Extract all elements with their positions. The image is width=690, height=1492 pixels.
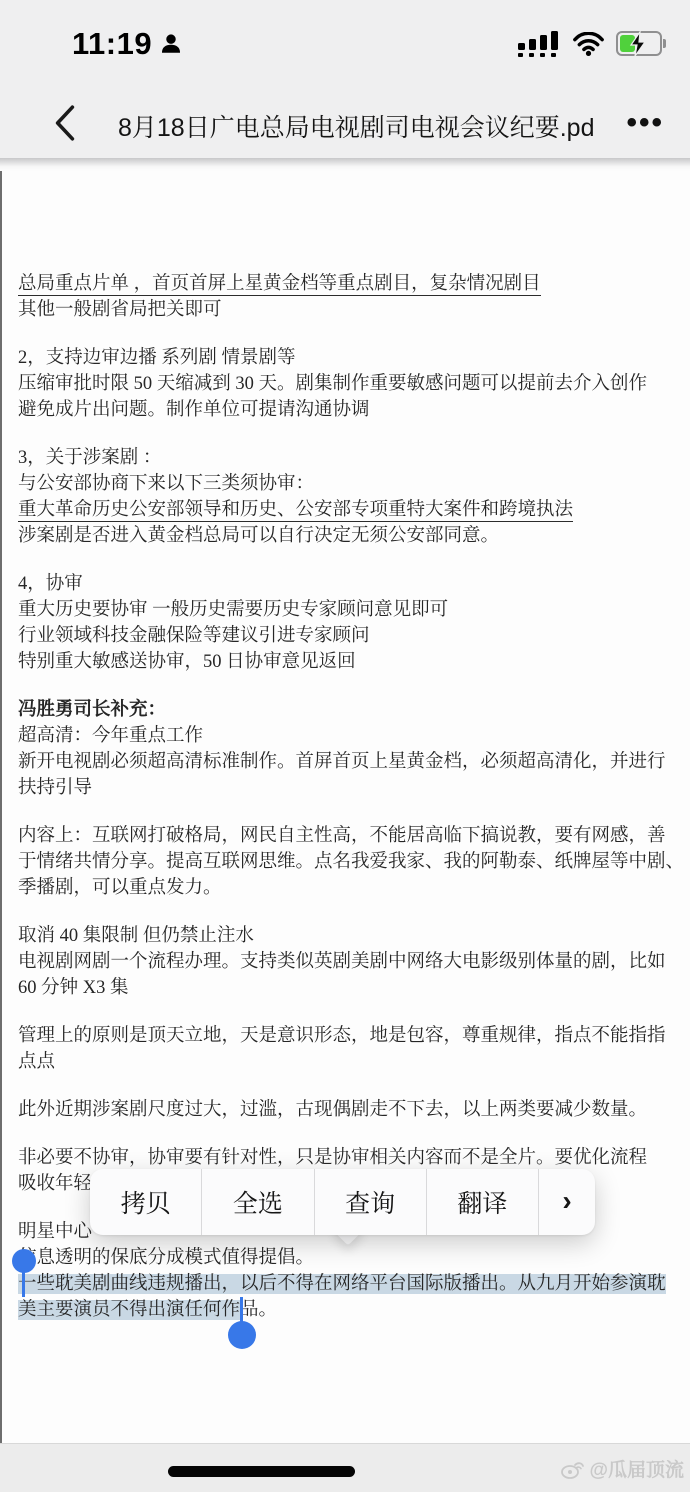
phone-screen: 11:19 <box>0 0 690 1492</box>
page-edge <box>0 171 2 1443</box>
back-button[interactable] <box>52 104 78 142</box>
document-line: 季播剧，可以重点发力。 <box>18 875 674 901</box>
blank-line <box>18 549 674 571</box>
document-line: 压缩审批时限 50 天缩减到 30 天。剧集制作重要敏感问题可以提前去介入创作 <box>18 371 674 397</box>
document-body: 总局重点片单 ，首页首屏上星黄金档等重点剧目，复杂情况剧目其他一般剧省局把关即可… <box>0 171 690 1323</box>
cellular-signal-icon <box>517 30 561 57</box>
document-line: 非必要不协审，协审要有针对性，只是协审相关内容而不是全片。要优化流程 <box>18 1145 674 1171</box>
blank-line <box>18 1123 674 1145</box>
menu-item-copy[interactable]: 拷贝 <box>90 1169 201 1235</box>
document-line: 4，协审 <box>18 571 674 597</box>
watermark: @瓜届顶流 <box>561 1455 684 1482</box>
battery-charging-icon <box>616 31 662 56</box>
document-line: 信息透明的保底分成模式值得提倡。 <box>18 1245 674 1271</box>
selection-end-caret[interactable] <box>240 1297 243 1323</box>
clock: 11:19 <box>72 26 152 62</box>
blank-line <box>18 1075 674 1097</box>
document-line: 3，关于涉案剧 ： <box>18 445 674 471</box>
blank-line <box>18 675 674 697</box>
person-icon <box>160 33 182 55</box>
document-line: 冯胜勇司长补充： <box>18 697 674 723</box>
document-line: 于情绪共情分享。提高互联网思维。点名我爱我家、我的阿勒泰、纸牌屋等中剧、 <box>18 849 674 875</box>
selected-text: 美主要演员不得出演任何作 <box>18 1300 240 1320</box>
blank-line <box>18 423 674 445</box>
document-line: 此外近期涉案剧尺度过大，过滥，古现偶剧走不下去，以上两类要减少数量。 <box>18 1097 674 1123</box>
document-line: 行业领域科技金融保险等建议引进专家顾问 <box>18 623 674 649</box>
selection-end-handle[interactable] <box>228 1321 256 1349</box>
document-line: 一些耽美剧曲线违规播出，以后不得在网络平台国际版播出。从九月开始参演耽 <box>18 1271 674 1297</box>
document-line: 60 分钟 X3 集 <box>18 975 674 1001</box>
document-line: 美主要演员不得出演任何作品。 <box>18 1297 674 1323</box>
document-line: 2，支持边审边播 系列剧 情景剧等 <box>18 345 674 371</box>
menu-item-translate[interactable]: 翻译 <box>426 1169 538 1235</box>
selection-start-handle[interactable] <box>12 1249 36 1273</box>
menu-item-select-all[interactable]: 全选 <box>201 1169 313 1235</box>
document-line: 扶持引导 <box>18 775 674 801</box>
selection-start-caret[interactable] <box>22 1271 25 1297</box>
home-indicator[interactable] <box>168 1466 355 1477</box>
text-selection-menu: 拷贝全选查询翻译› <box>90 1169 595 1235</box>
blank-line <box>18 801 674 823</box>
wifi-icon <box>573 32 604 56</box>
weibo-icon <box>561 1459 585 1479</box>
document-line: 内容上：互联网打破格局，网民自主性高，不能居高临下搞说教，要有网感，善 <box>18 823 674 849</box>
document-line: 新开电视剧必须超高清标准制作。首屏首页上星黄金档，必须超高清化，并进行 <box>18 749 674 775</box>
blank-line <box>18 901 674 923</box>
menu-more-button[interactable]: › <box>538 1169 595 1235</box>
chevron-left-icon <box>52 104 78 142</box>
status-bar: 11:19 <box>0 0 690 88</box>
document-line: 电视剧网剧一个流程办理。支持类似英剧美剧中网络大电影级别体量的剧，比如 <box>18 949 674 975</box>
charging-bolt-icon <box>626 31 650 57</box>
selected-text: 一些耽美剧曲线违规播出，以后不得在网络平台国际版播出。从九月开始参演耽 <box>18 1274 666 1294</box>
document-page[interactable]: 总局重点片单 ，首页首屏上星黄金档等重点剧目，复杂情况剧目其他一般剧省局把关即可… <box>0 171 690 1443</box>
document-line: 取消 40 集限制 但仍禁止注水 <box>18 923 674 949</box>
document-line: 重大历史要协审 一般历史需要历史专家顾问意见即可 <box>18 597 674 623</box>
document-line: 特别重大敏感送协审，50 日协审意见返回 <box>18 649 674 675</box>
menu-item-lookup[interactable]: 查询 <box>314 1169 426 1235</box>
document-line: 避免成片出问题。制作单位可提请沟通协调 <box>18 397 674 423</box>
blank-line <box>18 323 674 345</box>
document-line: 总局重点片单 ，首页首屏上星黄金档等重点剧目，复杂情况剧目 <box>18 271 674 297</box>
blank-line <box>18 1001 674 1023</box>
document-line: 重大革命历史公安部领导和历史、公安部专项重特大案件和跨境执法 <box>18 497 674 523</box>
more-button[interactable]: ••• <box>626 96 664 150</box>
document-line: 涉案剧是否进入黄金档总局可以自行决定无须公安部同意。 <box>18 523 674 549</box>
document-line: 其他一般剧省局把关即可 <box>18 297 674 323</box>
nav-divider <box>0 158 690 171</box>
bottom-bar: @瓜届顶流 <box>0 1443 690 1492</box>
document-title: 8月18日广电总局电视剧司电视会议纪要.pd <box>118 108 598 144</box>
document-line: 超高清：今年重点工作 <box>18 723 674 749</box>
document-line: 管理上的原则是顶天立地，天是意识形态，地是包容，尊重规律，指点不能指指 <box>18 1023 674 1049</box>
document-line: 点点 <box>18 1049 674 1075</box>
watermark-text: @瓜届顶流 <box>589 1455 684 1482</box>
document-line: 与公安部协商下来以下三类须协审： <box>18 471 674 497</box>
